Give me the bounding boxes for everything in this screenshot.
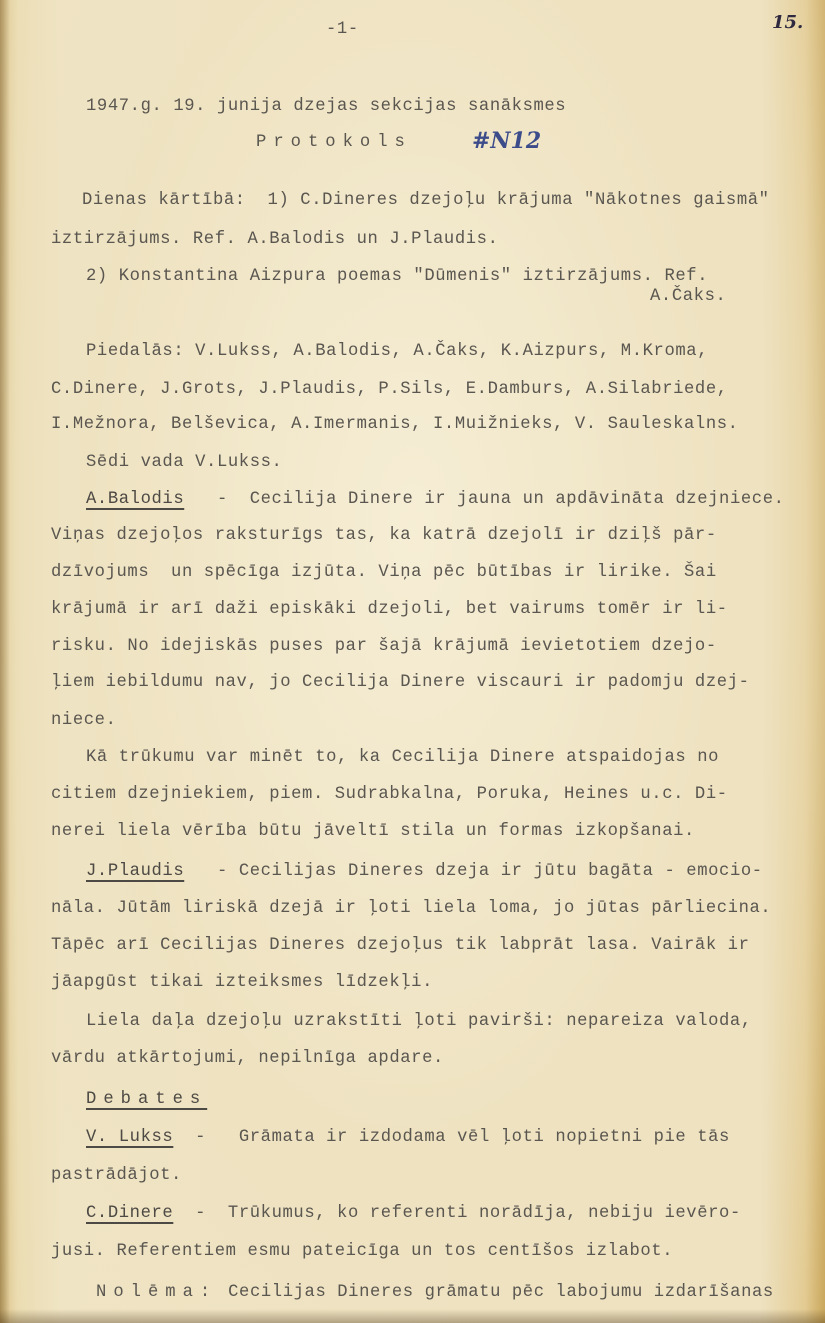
- page-number: -1-: [326, 20, 359, 39]
- text-line: pastrādājot.: [51, 1166, 182, 1185]
- text-line: dzīvojums un spēcīga izjūta. Viņa pēc bū…: [51, 563, 717, 582]
- chair-line: Sēdi vada V.Lukss.: [86, 453, 282, 472]
- attendees-line-3: I.Mežnora, Belševica, A.Imermanis, I.Mui…: [51, 415, 739, 434]
- text-line: niece.: [51, 711, 117, 730]
- speaker-name: C.Dinere: [86, 1204, 173, 1223]
- speaker-line: V. Lukss - Grāmata ir izdodama vēl ļoti …: [86, 1128, 730, 1147]
- handwritten-sheet-number: 15.: [772, 12, 803, 33]
- speaker-line: A.Balodis - Cecilija Dinere ir jauna un …: [86, 490, 785, 509]
- decision-line: Nolēma: Cecilijas Dineres grāmatu pēc la…: [96, 1283, 774, 1302]
- text-line: Kā trūkumu var minēt to, ka Cecilija Din…: [86, 748, 719, 767]
- text-line: Viņas dzejoļos raksturīgs tas, ka katrā …: [51, 526, 717, 545]
- text-line: Tāpēc arī Cecilijas Dineres dzejoļus tik…: [51, 936, 750, 955]
- text-line: jusi. Referentiem esmu pateicīga un tos …: [51, 1242, 673, 1261]
- page-edge-shadow: [0, 0, 10, 1323]
- document-subtitle: Protokols: [256, 133, 412, 152]
- text-line: nāla. Jūtām liriskā dzejā ir ļoti liela …: [51, 899, 771, 918]
- text-line: Liela daļa dzejoļu uzrakstīti ļoti pavir…: [86, 1012, 752, 1031]
- page-bottom-shadow: [0, 1309, 825, 1323]
- handwritten-protocol-number: #N12: [472, 128, 541, 154]
- debates-heading: Debates: [86, 1090, 207, 1109]
- text-line: jāapgūst tikai izteiksmes līdzekļi.: [51, 973, 433, 992]
- text-line: ļiem iebildumu nav, jo Cecilija Dinere v…: [51, 673, 750, 692]
- text-line: citiem dzejniekiem, piem. Sudrabkalna, P…: [51, 785, 728, 804]
- speaker-name: J.Plaudis: [86, 862, 184, 881]
- agenda-line-2: iztirzājums. Ref. A.Balodis un J.Plaudis…: [51, 230, 498, 249]
- speaker-line: J.Plaudis - Cecilijas Dineres dzeja ir j…: [86, 862, 763, 881]
- text-line: vārdu atkārtojumi, nepilnīga apdare.: [51, 1049, 444, 1068]
- attendees-line-2: C.Dinere, J.Grots, J.Plaudis, P.Sils, E.…: [51, 380, 728, 399]
- speaker-name: V. Lukss: [86, 1128, 173, 1147]
- text-line: krājumā ir arī daži episkāki dzejoli, be…: [51, 600, 728, 619]
- text-line: nerei liela vērība būtu jāveltī stila un…: [51, 822, 695, 841]
- speaker-name: A.Balodis: [86, 490, 184, 509]
- decision-text: Cecilijas Dineres grāmatu pēc labojumu i…: [228, 1283, 774, 1302]
- text-line: risku. No idejiskās puses par šajā krāju…: [51, 637, 717, 656]
- attendees-line-1: Piedalās: V.Lukss, A.Balodis, A.Čaks, K.…: [86, 342, 708, 361]
- agenda-line-1: Dienas kārtībā: 1) C.Dineres dzejoļu krā…: [82, 191, 770, 210]
- agenda-line-4: A.Čaks.: [650, 287, 726, 306]
- document-title: 1947.g. 19. junija dzejas sekcijas sanāk…: [86, 97, 566, 116]
- agenda-line-3: 2) Konstantina Aizpura poemas "Dūmenis" …: [86, 267, 708, 286]
- document-page: -1- 15. 1947.g. 19. junija dzejas sekcij…: [0, 0, 825, 1323]
- speaker-line: C.Dinere - Trūkumus, ko referenti norādī…: [86, 1204, 741, 1223]
- decision-label: Nolēma:: [96, 1283, 217, 1302]
